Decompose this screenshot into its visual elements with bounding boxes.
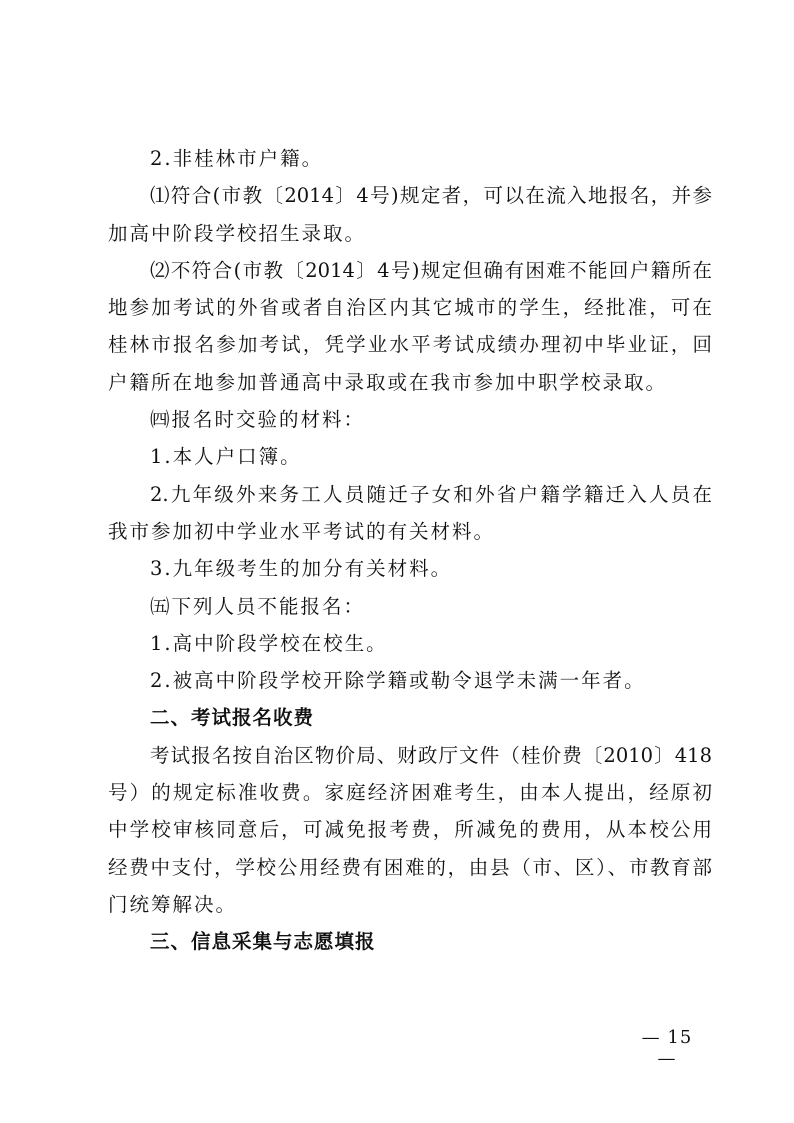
paragraph-line: 户籍所在地参加普通高中录取或在我市参加中职学校录取。: [108, 364, 712, 401]
document-page: 2.非桂林市户籍。 ⑴符合(市教〔2014〕4号)规定者，可以在流入地报名，并参…: [0, 0, 794, 1123]
body-text: 2.非桂林市户籍。 ⑴符合(市教〔2014〕4号)规定者，可以在流入地报名，并参…: [108, 140, 712, 961]
paragraph-line: 桂林市报名参加考试，凭学业水平考试成绩办理初中毕业证，回: [108, 326, 712, 363]
paragraph-line: 我市参加初中学业水平考试的有关材料。: [108, 513, 712, 550]
paragraph-line: 中学校审核同意后，可减免报考费，所减免的费用，从本校公用: [108, 811, 712, 848]
subsection-title: ㈣报名时交验的材料：: [108, 401, 712, 438]
paragraph-line: 1.本人户口簿。: [108, 438, 712, 475]
paragraph-line: 经费中支付，学校公用经费有困难的，由县（市、区）、市教育部: [108, 849, 712, 886]
paragraph-line: 门统筹解决。: [108, 886, 712, 923]
paragraph-line: 号）的规定标准收费。家庭经济困难考生，由本人提出，经原初: [108, 774, 712, 811]
subsection-title: ㈤下列人员不能报名：: [108, 588, 712, 625]
paragraph-line: 加高中阶段学校招生录取。: [108, 215, 712, 252]
paragraph-line: ⑵不符合(市教〔2014〕4号)规定但确有困难不能回户籍所在: [108, 252, 712, 289]
paragraph-line: 1.高中阶段学校在校生。: [108, 625, 712, 662]
paragraph-line: 2.非桂林市户籍。: [108, 140, 712, 177]
section-heading: 二、考试报名收费: [108, 699, 712, 736]
paragraph-line: 2.九年级外来务工人员随迁子女和外省户籍学籍迁入人员在: [108, 476, 712, 513]
paragraph-line: 3.九年级考生的加分有关材料。: [108, 550, 712, 587]
paragraph-line: 2.被高中阶段学校开除学籍或勒令退学未满一年者。: [108, 662, 712, 699]
page-number: — 15 —: [630, 1027, 704, 1069]
paragraph-line: 考试报名按自治区物价局、财政厅文件（桂价费〔2010〕418: [108, 737, 712, 774]
section-heading: 三、信息采集与志愿填报: [108, 923, 712, 960]
paragraph-line: ⑴符合(市教〔2014〕4号)规定者，可以在流入地报名，并参: [108, 177, 712, 214]
paragraph-line: 地参加考试的外省或者自治区内其它城市的学生，经批准，可在: [108, 289, 712, 326]
